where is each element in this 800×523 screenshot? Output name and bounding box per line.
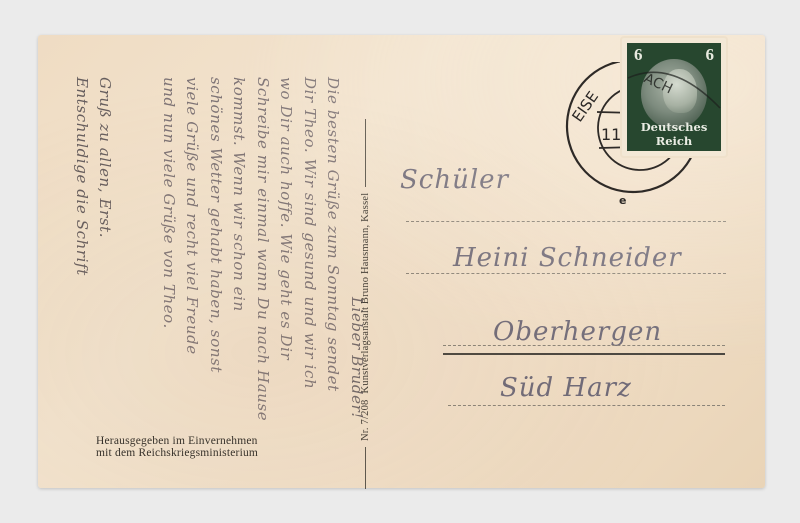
letter-greeting: Lieber Bruder!: [345, 297, 369, 467]
address-rule: [443, 345, 725, 346]
letter-margin-line: Gruß zu allen, Erst.: [93, 77, 117, 467]
postmark-code: e: [619, 194, 626, 207]
letter-line: kommst. Wenn wir schon ein: [227, 77, 251, 467]
letter-line: Dir Theo. Wir sind gesund und wir ich: [298, 77, 322, 467]
letter-line: Die besten Grüße zum Sonntag sendet: [321, 77, 345, 467]
address-line-4: Süd Harz: [500, 373, 632, 403]
letter-line: Schreibe mir einmal wann Du nach Hause: [251, 77, 275, 467]
letter-line: viele Grüße und recht viel Freude: [180, 77, 204, 467]
letter-margin-line: Entschuldige die Schrift: [70, 77, 94, 467]
address-rule: [406, 273, 726, 274]
handwritten-message: Lieber Bruder! Die besten Grüße zum Sonn…: [70, 77, 369, 467]
letter-line: wo Dir auch hoffe. Wie geht es Dir: [274, 77, 298, 467]
address-rule: [406, 221, 726, 222]
postmark-place: EISE: [568, 88, 602, 125]
letter-line: schönes Wetter gehabt haben, sonst: [204, 77, 228, 467]
postmark-overlay: ACH: [622, 38, 726, 156]
letter-line: und nun viele Grüße von Theo.: [157, 77, 181, 467]
address-line-3: Oberhergen: [493, 317, 662, 347]
address-rule: [448, 405, 725, 406]
address-line-1: Schüler: [400, 165, 509, 195]
address-rule-solid: [443, 353, 725, 355]
postage-stamp: 6 6 Deutsches Reich ACH: [622, 38, 726, 156]
address-line-2: Heini Schneider: [453, 243, 682, 273]
